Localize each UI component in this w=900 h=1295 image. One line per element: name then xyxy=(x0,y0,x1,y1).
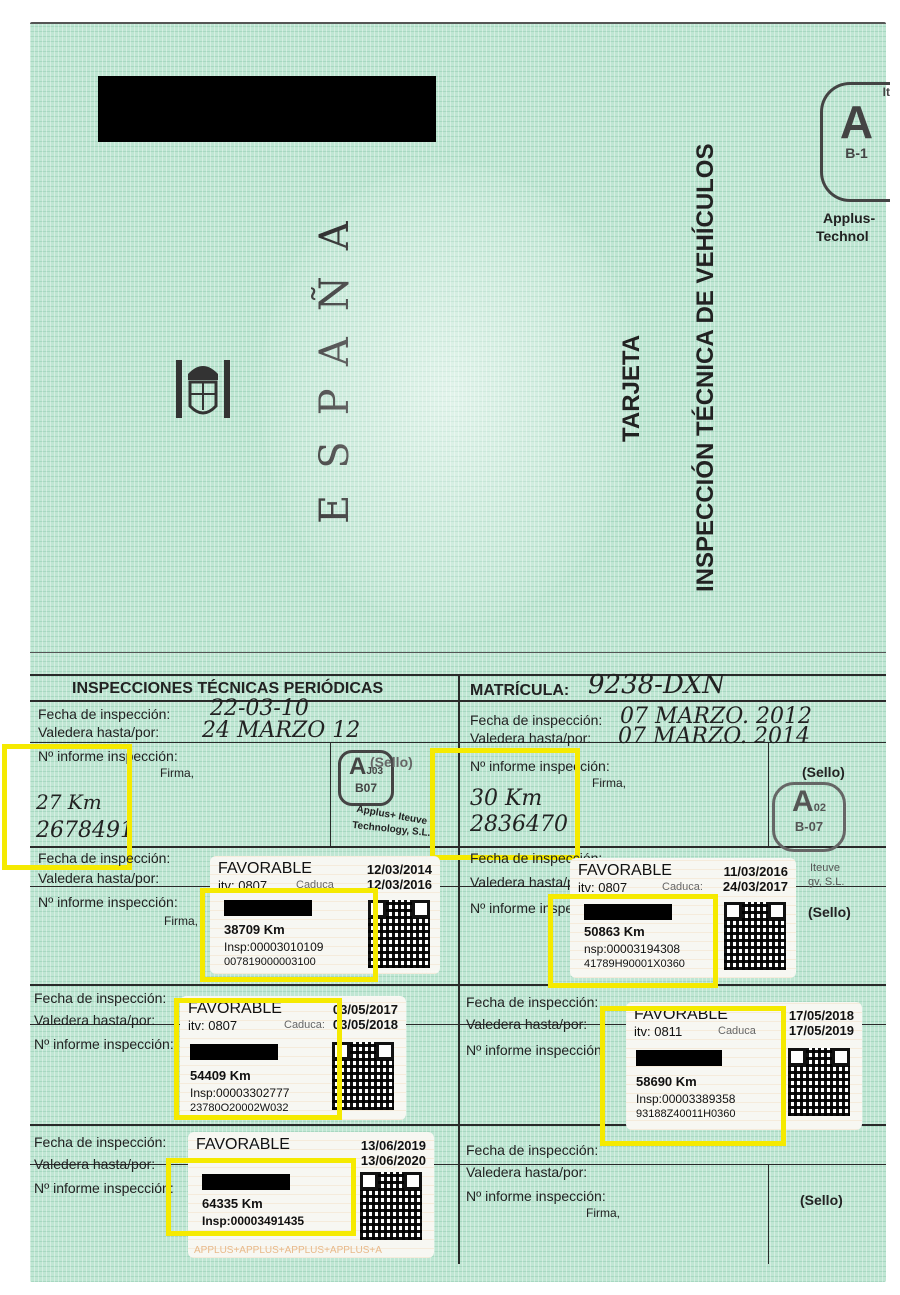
sticker-expiry: 17/05/2019 xyxy=(789,1023,854,1038)
sticker-date: 13/06/2019 xyxy=(361,1138,426,1153)
valedera-label: Valedera hasta/por: xyxy=(466,1164,587,1180)
qr-code-icon xyxy=(724,902,786,970)
firma-label: Firma, xyxy=(164,914,198,928)
sello-label: (Sello) xyxy=(800,1192,843,1208)
valedera-label: Valedera hasta/por: xyxy=(38,724,159,740)
highlight-box xyxy=(430,748,580,860)
qr-code-icon xyxy=(788,1048,850,1116)
fecha-label: Fecha de inspección: xyxy=(38,706,170,722)
stamp-code: B07 xyxy=(341,781,391,795)
sello-label: (Sello) xyxy=(802,764,845,780)
card-subtitle: INSPECCIÓN TÉCNICA DE VEHÍCULOS xyxy=(692,144,720,593)
informe-label: Nº informe inspección: xyxy=(466,1188,606,1204)
sticker-caduca: Caduca: xyxy=(662,881,703,893)
sticker-date: 03/05/2017 xyxy=(333,1002,398,1017)
applus-label-2: Technol xyxy=(816,228,869,244)
stamp-letter: A xyxy=(349,753,366,780)
fecha-label: Fecha de inspección: xyxy=(34,1134,166,1150)
itv-stamp: A02 B-07 xyxy=(772,782,846,852)
fecha-label: Fecha de inspección: xyxy=(470,712,602,728)
sello-label: (Sello) xyxy=(808,904,851,920)
informe-label: Nº informe inspección: xyxy=(466,1042,606,1058)
highlight-box xyxy=(548,894,718,988)
valedera-label: Valedera hasta/por: xyxy=(34,1012,155,1028)
informe-label: Nº informe inspección: xyxy=(34,1180,174,1196)
stamp-caption: Iteuve xyxy=(810,862,840,874)
stamp-caption: gv, S.L. xyxy=(808,876,844,888)
informe-label: Nº informe inspección: xyxy=(34,1036,174,1052)
stamp-letter: A xyxy=(823,99,890,145)
fecha-label: Fecha de inspección: xyxy=(466,994,598,1010)
fecha-label: Fecha de inspección: xyxy=(38,850,170,866)
divider xyxy=(768,1164,769,1264)
stamp-sub: 02 xyxy=(814,802,826,814)
valedera-label: Valedera hasta/por: xyxy=(466,1016,587,1032)
divider xyxy=(30,984,886,986)
sticker-expiry: 03/05/2018 xyxy=(333,1017,398,1032)
spain-coat-of-arms-icon xyxy=(168,354,238,426)
emblem-watermark xyxy=(260,164,640,624)
handwritten-valedera: 24 MARZO 12 xyxy=(202,718,360,743)
valedera-label: Valedera hasta/por: xyxy=(470,730,591,746)
sticker-date: 12/03/2014 xyxy=(367,862,432,877)
divider xyxy=(30,652,886,653)
sticker-expiry: 24/03/2017 xyxy=(723,879,788,894)
sello-label: (Sello) xyxy=(370,754,413,770)
stamp-code: B-07 xyxy=(775,819,843,834)
fecha-label: Fecha de inspección: xyxy=(466,1142,598,1158)
itv-card: It A B-1 Applus- Technol ESPAÑA TARJETA … xyxy=(30,22,886,1282)
sticker-watermark: APPLUS+APPLUS+APPLUS+APPLUS+A xyxy=(194,1245,382,1256)
valedera-label: Valedera hasta/por: xyxy=(38,870,159,886)
firma-label: Firma, xyxy=(592,776,626,790)
firma-label: Firma, xyxy=(160,766,194,780)
applus-stamp-top: It A B-1 xyxy=(820,82,890,202)
highlight-box xyxy=(166,1158,356,1236)
qr-code-icon xyxy=(360,1172,422,1240)
matricula-label: MATRÍCULA: xyxy=(470,682,569,700)
sticker-date: 11/03/2016 xyxy=(724,864,788,879)
firma-label: Firma, xyxy=(586,1206,620,1220)
card-title: TARJETA xyxy=(618,335,646,442)
informe-label: Nº informe inspección: xyxy=(38,894,178,910)
fecha-label: Fecha de inspección: xyxy=(34,990,166,1006)
matricula-value: 9238-DXN xyxy=(588,670,725,700)
highlight-box xyxy=(200,888,378,982)
divider xyxy=(768,742,769,846)
stamp-letter: A xyxy=(792,785,814,818)
sticker-expiry: 13/06/2020 xyxy=(361,1153,426,1168)
valedera-label: Valedera hasta/por: xyxy=(34,1156,155,1172)
applus-label-1: Applus- xyxy=(823,210,875,226)
divider xyxy=(30,1164,886,1165)
highlight-box xyxy=(174,998,342,1120)
redacted-owner xyxy=(98,76,436,142)
sticker-date: 17/05/2018 xyxy=(789,1008,854,1023)
stamp-code: B-1 xyxy=(823,145,890,161)
highlight-box xyxy=(600,1006,786,1146)
divider xyxy=(330,742,331,846)
handwritten-valedera: 07 MARZO. 2014 xyxy=(618,724,810,749)
